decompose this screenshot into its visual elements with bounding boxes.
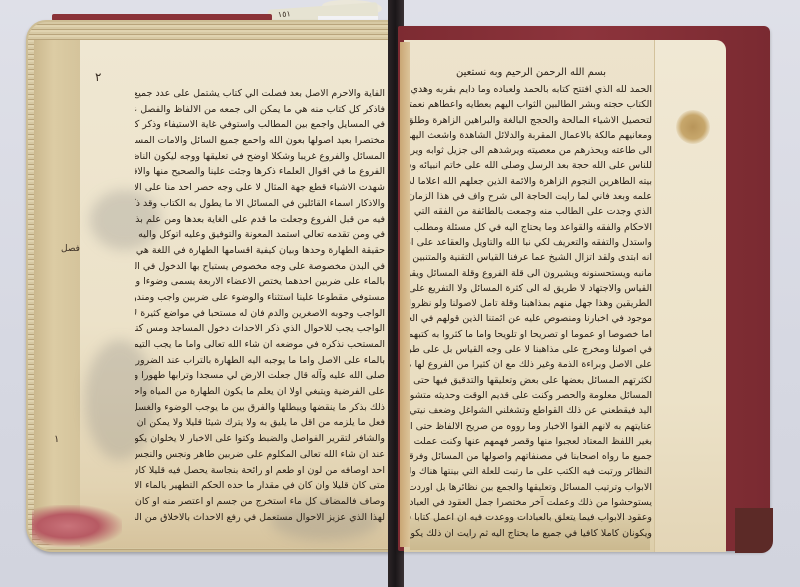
text-line: فيه من قبل الفروع وجعلت ما قدم على الغاي…	[135, 212, 385, 228]
left-page-text: الفاية والاحرم الاصل بعد فصلت الي كتاب ي…	[135, 86, 385, 525]
text-line: علمه وبعد فاني لما رايت الحاجة الى شرح و…	[410, 189, 652, 204]
text-line: مختصرا بعيد اصولها بعون الله واحمع جميع …	[135, 133, 385, 149]
right-page-text: بسم الله الرحمن الرحيم وبه نستعين الحمد …	[410, 64, 652, 541]
text-line: الواجب يجب للاحوال الذي ذكر الاحداث دخول…	[135, 321, 385, 337]
brown-spot	[676, 110, 710, 144]
folio-number: ٢	[95, 70, 101, 84]
text-line: النظائر ورتبت فيه الكتب على ما رتبت للعل…	[410, 464, 652, 479]
text-line: بيته الطاهرين النجوم الزاهرة والائمة الذ…	[410, 174, 652, 189]
text-line: لهذا الذي عزيز الاحوال مستعمل في رفع الا…	[135, 510, 385, 526]
text-line: المستحب نذكره في موضعه ان شاء الله تعالى…	[135, 337, 385, 353]
text-line: الاحكام والفقه والقواعد وما يحتاج اليه ف…	[410, 220, 652, 235]
text-line: فعل ما يلزمه من اقل ما يليق به ولا يترك …	[135, 415, 385, 431]
text-line: انه ابتدى ولقد اتزال الشيخ عما عرفنا الق…	[410, 250, 652, 265]
text-line: وعقود الابواب فيما يتعلق بالعبادات ووعدت…	[410, 510, 652, 525]
left-cover-corner-stain	[32, 505, 122, 547]
text-line: المسائل معلومة والحصر وكنت على قديم الوق…	[410, 388, 652, 403]
text-line: مانبه ويستحسنونه ويشيرون الى قلة الفروع …	[410, 266, 652, 281]
text-line: صلى الله عليه وآله قال جعلت الارض لي مسج…	[135, 368, 385, 384]
text-line: لكثرتهم المسائل بعضها على بعض وتعليقها و…	[410, 373, 652, 388]
text-line: حقيقة الطهارة وحدها وبيان كيفية اقسامها …	[135, 243, 385, 259]
text-line: في اصولنا ومخرج على مذاهبنا لا على وجه ا…	[410, 342, 652, 357]
text-line: عنايتهم به لانهم الفوا الاخبار وما رووه …	[410, 419, 652, 434]
text-line: اما خصوصا او عموما او تصريحا او تلويحا و…	[410, 327, 652, 342]
right-page-lines: الحمد لله الذي افتتح كتابه بالحمد ولعباد…	[410, 82, 652, 541]
bottom-margin-mark: ١	[54, 434, 59, 445]
text-line: الفروع ما في اقوال العلماء ذكرها وجئت عل…	[135, 164, 385, 180]
text-line: واستدل والتفقه والتعريف لكي نبا الله وال…	[410, 235, 652, 250]
text-line: على الفرضية ويتبغي اولا ان يعلم ما يكون …	[135, 384, 385, 400]
text-line: ذلك بذكر ما ينقضها ويبطلها والفرق بين ما…	[135, 400, 385, 416]
text-line: والاذكار اسماء القائلين في المسائل الا م…	[135, 196, 385, 212]
text-line: المسائل والفروع غريبا وشكلا اوضح في تعلي…	[135, 149, 385, 165]
text-line: متى كان قليلا وان كان في مقدار ما حده ال…	[135, 478, 385, 494]
text-line: الواجب وجوبه الاصغرين والدم فان له مستحب…	[135, 306, 385, 322]
right-page-torn-edge	[400, 42, 410, 547]
basmala-heading: بسم الله الرحمن الرحيم وبه نستعين	[410, 64, 652, 82]
text-line: فاذكر كل كتاب منه هي ما يمكن الى جمعه من…	[135, 102, 385, 118]
text-line: لتحصيل الاشياء المالحة والحجج البالغة وا…	[410, 113, 652, 128]
text-line: احد اوصافه من لون او طعم او رائحة بنجاسة…	[135, 463, 385, 479]
text-line: في المسايل واجمع بين المطالب واستوفي غاي…	[135, 117, 385, 133]
text-line: ويكونان كاملا كافيا في جميع ما يحتاج الي…	[410, 526, 652, 541]
text-line: جميع ما رواه اصحابنا في مصنفاتهم واصولها…	[410, 449, 652, 464]
text-line: وصاف فالمضاف كل ماء استخرج من جسم او اعت…	[135, 494, 385, 510]
text-line: اليد فيقطعني عن ذلك القواطع وتشغلني الشو…	[410, 403, 652, 418]
left-page-outer-margin	[34, 40, 82, 545]
text-line: مستوفي مقطوعا علينا استثناء والوضوء على …	[135, 290, 385, 306]
text-line: الطريقين وهذا جهل منهم بمذاهبنا وقلة تام…	[410, 296, 652, 311]
margin-note: فصل	[61, 244, 80, 254]
text-line: والشافر لتقرير الفواصل والضبط وكتوا على …	[135, 431, 385, 447]
text-line: عند ان شاء الله تعالى المكلوم على ضربين …	[135, 447, 385, 463]
text-line: الفاية والاحرم الاصل بعد فصلت الي كتاب ي…	[135, 86, 385, 102]
text-line: الكتاب حجته وبشر الطالبين الثواب اليهم ب…	[410, 97, 652, 112]
text-line: ومعانيهم مالكة بالاعمال المقربة والدلائل…	[410, 128, 652, 143]
text-line: الذي وجدت على الطالب منه وجمعت بالطائفة …	[410, 204, 652, 219]
text-line: بالماء على الاصل واما ما يوجبه اليه الطه…	[135, 353, 385, 369]
text-line: الحمد لله الذي افتتح كتابه بالحمد ولعباد…	[410, 82, 652, 97]
text-line: بالماء على ضربين احدهما يختص الاعضاء الا…	[135, 274, 385, 290]
text-line: شهدت الاشياء قطع جهة المثال لا على وجه ح…	[135, 180, 385, 196]
right-cover-worn-corner	[735, 508, 773, 553]
text-line: على الاصل وبراءة الذمة وغير ذلك مع ان كث…	[410, 357, 652, 372]
text-line: موجود في اخبارنا ومنصوص عليه عن ائمتنا ا…	[410, 311, 652, 326]
text-line: في البدن مخصوصة على وجه مخصوص يستباح بها…	[135, 259, 385, 275]
text-line: الى طاعته ويحذرهم من معصيته ويرشدهم الى …	[410, 143, 652, 158]
text-line: للناس على الله حجة بعد الرسل وصلى الله ع…	[410, 158, 652, 173]
text-line: الابواب وترتيب المسائل وتعليقها والجمع ب…	[410, 480, 652, 495]
text-line: بغير اللفظ المعتاد لعجبوا منها وقصر فهمه…	[410, 434, 652, 449]
text-line: يستوحشوا من ذلك وعملت آخر مختصرا جمل الع…	[410, 495, 652, 510]
text-line: في ومن تقدمه تعالي استمد المعونة والتوفي…	[135, 227, 385, 243]
bookmark-label: ١٥١	[278, 9, 291, 19]
text-line: القياس والاجتهاد لا طريق له الى كثرة الم…	[410, 281, 652, 296]
